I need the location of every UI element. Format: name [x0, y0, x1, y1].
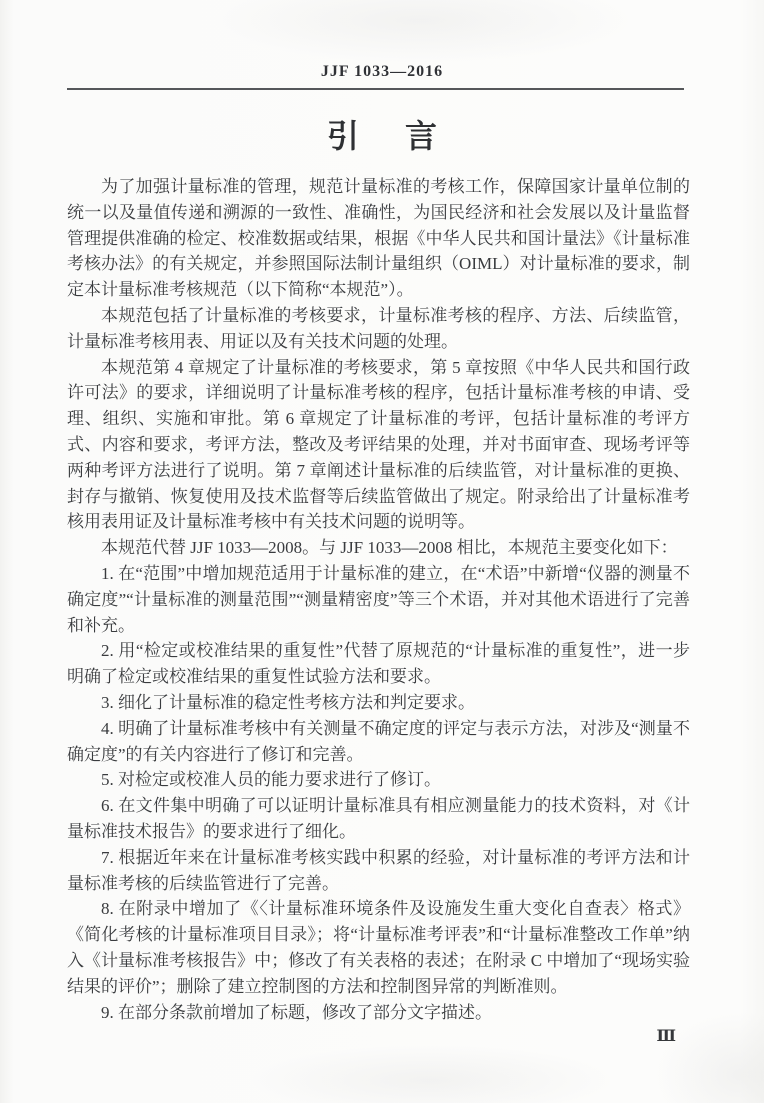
- document-page: JJF 1033—2016 引 言 为了加强计量标准的管理，规范计量标准的考核工…: [0, 0, 764, 1103]
- page-title-char-2: 言: [405, 116, 437, 156]
- paragraph-chapters: 本规范第 4 章规定了计量标准的考核要求，第 5 章按照《中华人民共和国行政许可…: [67, 355, 690, 536]
- page-header: JJF 1033—2016: [0, 0, 764, 82]
- change-item-6: 6. 在文件集中明确了可以证明计量标准具有相应测量能力的技术资料，对《计量标准技…: [67, 793, 690, 845]
- paragraph-intro: 为了加强计量标准的管理，规范计量标准的考核工作，保障国家计量单位制的统一以及量值…: [67, 174, 690, 303]
- change-item-7: 7. 根据近年来在计量标准考核实践中积累的经验，对计量标准的考评方法和计量标准考…: [67, 845, 690, 897]
- header-rule: [67, 88, 684, 90]
- change-item-5: 5. 对检定或校准人员的能力要求进行了修订。: [67, 767, 690, 793]
- paragraph-replaces: 本规范代替 JJF 1033—2008。与 JJF 1033—2008 相比，本…: [67, 535, 690, 561]
- document-body: 为了加强计量标准的管理，规范计量标准的考核工作，保障国家计量单位制的统一以及量值…: [67, 174, 690, 1025]
- change-item-3: 3. 细化了计量标准的稳定性考核方法和判定要求。: [67, 690, 690, 716]
- page-title: 引 言: [0, 116, 764, 156]
- change-item-9: 9. 在部分条款前增加了标题，修改了部分文字描述。: [67, 1000, 690, 1026]
- page-title-char-1: 引: [327, 116, 359, 156]
- standard-number: JJF 1033—2016: [321, 63, 443, 80]
- change-item-2: 2. 用“检定或校准结果的重复性”代替了原规范的“计量标准的重复性”，进一步明确…: [67, 638, 690, 690]
- paragraph-scope: 本规范包括了计量标准的考核要求，计量标准考核的程序、方法、后续监管，计量标准考核…: [67, 303, 690, 355]
- change-item-1: 1. 在“范围”中增加规范适用于计量标准的建立，在“术语”中新增“仪器的测量不确…: [67, 561, 690, 638]
- page-number: Ⅲ: [0, 1027, 676, 1047]
- change-item-4: 4. 明确了计量标准考核中有关测量不确定度的评定与表示方法，对涉及“测量不确定度…: [67, 716, 690, 768]
- change-item-8: 8. 在附录中增加了《〈计量标准环境条件及设施发生重大变化自查表〉格式》《简化考…: [67, 896, 690, 999]
